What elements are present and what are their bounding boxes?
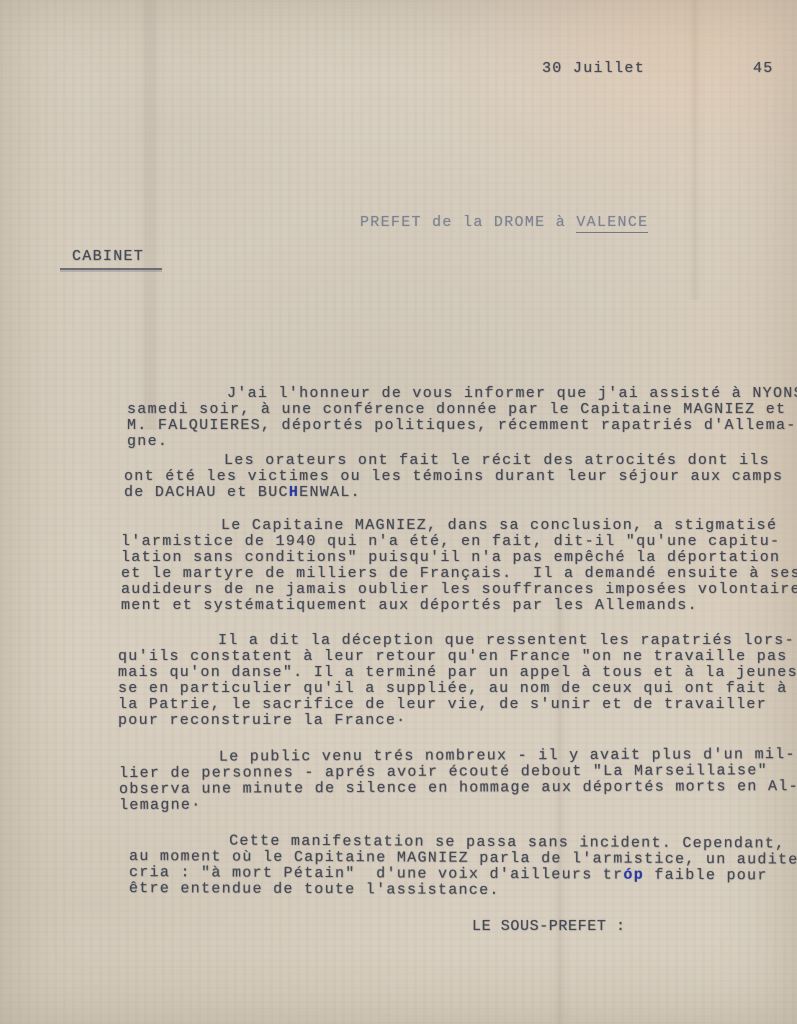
document-page: 30 Juillet 45 PREFET de la DROME à VALEN…	[0, 0, 797, 1024]
text-line: mais qu'on danse". Il a terminé par un a…	[118, 665, 797, 681]
text-line: samedi soir, à une conférence donnée par…	[127, 402, 797, 418]
text-line: lemagne·	[119, 795, 797, 814]
blue-ink-overstrike: H	[289, 484, 299, 501]
text-line: ment et systématiquement aux déportés pa…	[121, 598, 797, 614]
text-line: Les orateurs ont fait le récit des atroc…	[124, 453, 797, 469]
paragraph-3: Le Capitaine MAGNIEZ, dans sa conclusion…	[121, 518, 797, 614]
text-line-camps: de DACHAU et BUCHENWAL.	[124, 485, 797, 501]
paper-crease	[138, 0, 162, 430]
paper-crease	[688, 0, 702, 300]
text-line: ont été les victimes ou les témoins dura…	[124, 469, 797, 485]
paragraph-2: Les orateurs ont fait le récit des atroc…	[124, 453, 797, 501]
text-line: J'ai l'honneur de vous informer que j'ai…	[127, 386, 797, 402]
text-line: se en particulier qu'il a suppliée, au n…	[118, 681, 797, 697]
paragraph-1: J'ai l'honneur de vous informer que j'ai…	[127, 386, 797, 450]
text-line: Le Capitaine MAGNIEZ, dans sa conclusion…	[121, 518, 797, 534]
text-line: M. FALQUIERES, déportés politiques, réce…	[127, 418, 797, 434]
date-header: 30 Juillet	[542, 61, 645, 77]
title-location-underlined: VALENCE	[576, 214, 648, 233]
paragraph-6: Cette manifestation se passa sans incide…	[129, 833, 797, 900]
text-line: l'armistice de 1940 qui n'a été, en fait…	[121, 534, 797, 550]
document-title: PREFET de la DROME à VALENCE	[360, 215, 648, 231]
text-line: pour reconstruire la France·	[118, 713, 797, 729]
text-line: observa une minute de silence en hommage…	[119, 779, 797, 798]
text-line: audideurs de ne jamais oublier les souff…	[121, 582, 797, 598]
paragraph-4: Il a dit la déception que ressentent les…	[118, 633, 797, 729]
blue-ink-overstrike: óp	[623, 867, 644, 884]
title-prefix: PREFET de la DROME à	[360, 214, 576, 231]
document-body: J'ai l'honneur de vous informer que j'ai…	[127, 386, 797, 897]
text-line: la Patrie, le sacrifice de leur vie, de …	[118, 697, 797, 713]
text-line: lation sans conditions" puisqu'il n'a pa…	[121, 550, 797, 566]
text-line: qu'ils constatent à leur retour qu'en Fr…	[118, 649, 797, 665]
text-line: Il a dit la déception que ressentent les…	[118, 633, 797, 649]
page-number: 45	[753, 61, 774, 77]
text-line: gne.	[127, 434, 797, 450]
text-line: et le martyre de milliers de Français. I…	[121, 566, 797, 582]
paragraph-5: Le public venu trés nombreux - il y avai…	[119, 747, 797, 814]
cabinet-label: CABINET	[72, 249, 162, 270]
signature: LE SOUS-PREFET :	[472, 919, 626, 935]
